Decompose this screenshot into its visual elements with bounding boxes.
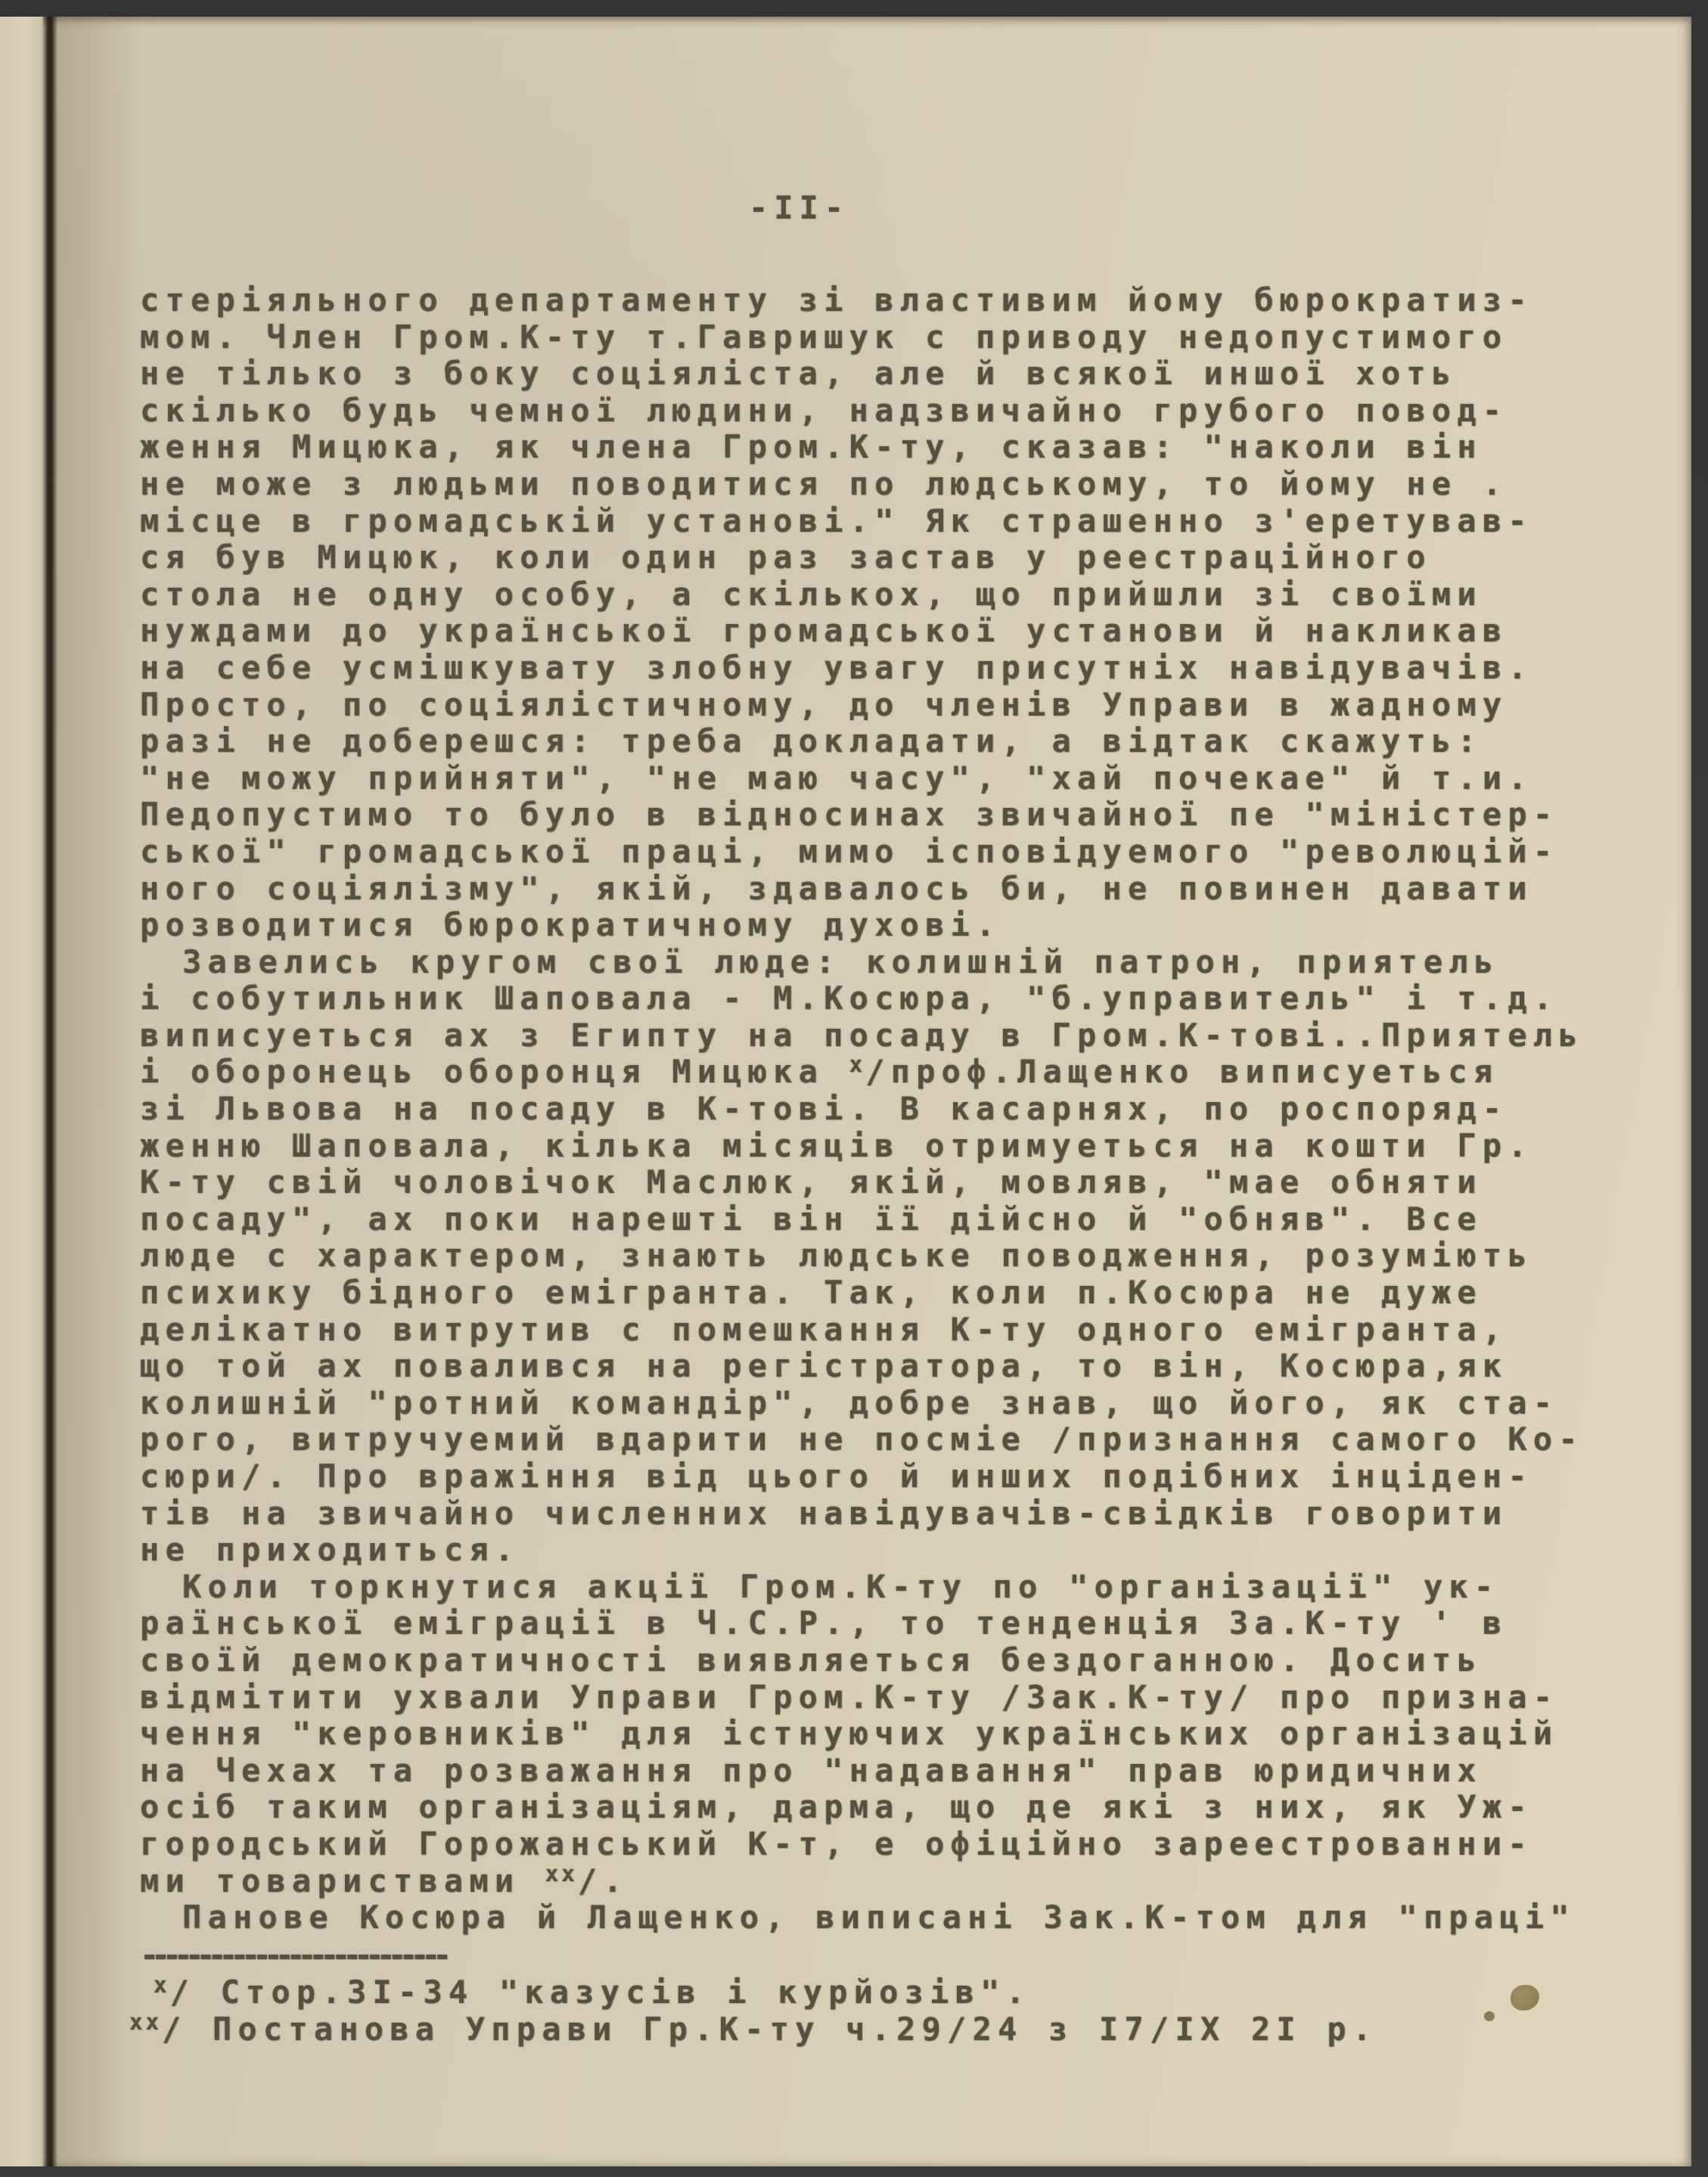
- text-line: разі не доберешся: треба докладати, а ві…: [140, 722, 1584, 759]
- text-segment: ся був Мицюк, коли один раз застав у рее…: [140, 539, 1432, 576]
- text-line: Просто, по соціялістичному, до членів Уп…: [140, 686, 1584, 723]
- footnote-marker: хх: [545, 1861, 578, 1887]
- text-line: мом. Член Гром.К-ту т.Гавришук с приводу…: [140, 318, 1584, 356]
- text-segment: психику бідного емігранта. Так, коли п.К…: [140, 1274, 1483, 1311]
- text-segment: осіб таким організаціям, дарма, що де як…: [140, 1788, 1533, 1825]
- text-line: стола не одну особу, а скількох, що прий…: [140, 576, 1584, 613]
- text-segment: /.: [578, 1862, 629, 1899]
- text-line: ської" громадської праці, мимо ісповідуе…: [140, 833, 1584, 870]
- body-text: стеріяльного департаменту зі властивим й…: [140, 281, 1584, 2048]
- footnote-marker: х: [849, 1051, 865, 1077]
- text-line: стеріяльного департаменту зі властивим й…: [140, 281, 1584, 318]
- text-segment: Панове Косюра й Лащенко, виписані Зак.К-…: [182, 1899, 1576, 1936]
- text-segment: Просто, по соціялістичному, до членів Уп…: [140, 686, 1508, 723]
- text-segment: виписуеться ах з Египту на посаду в Гром…: [140, 1017, 1584, 1054]
- footnote-separator: ---------------------------: [140, 1936, 1584, 1974]
- text-line: рого, витручуемий вдарити не посміе /при…: [140, 1421, 1584, 1458]
- text-line: відмітити ухвали Управи Гром.К-ту /Зак.К…: [140, 1679, 1584, 1716]
- text-segment: розводитися бюрократичному духові.: [140, 906, 1002, 943]
- text-segment: не може з людьми поводитися по людському…: [140, 465, 1508, 502]
- text-segment: ської" громадської праці, мимо ісповідуе…: [140, 833, 1558, 870]
- text-line: делікатно витрутив с помешкання К-ту одн…: [140, 1311, 1584, 1348]
- text-line: на Чехах та розважання про "надавання" п…: [140, 1752, 1584, 1789]
- text-segment: скілько будь чемної людини, надзвичайно …: [140, 392, 1508, 429]
- text-segment: тів на звичайно численних навідувачів-св…: [140, 1495, 1508, 1532]
- text-segment: городський Горожанський К-т, е офіційно …: [140, 1825, 1533, 1862]
- text-line: не приходиться.: [140, 1531, 1584, 1568]
- text-segment: колишній "ротний командір", добре знав, …: [140, 1384, 1558, 1421]
- text-line: колишній "ротний командір", добре знав, …: [140, 1384, 1584, 1421]
- text-line: осіб таким організаціям, дарма, що де як…: [140, 1788, 1584, 1825]
- text-segment: ного соціялізму", якій, здавалось би, не…: [140, 870, 1533, 907]
- text-line: нуждами до української громадської устан…: [140, 612, 1584, 649]
- text-line: ного соціялізму", якій, здавалось би, не…: [140, 870, 1584, 907]
- text-segment: "не можу прийняти", "не маю часу", "хай …: [140, 759, 1533, 797]
- text-line: Завелись кругом свої люде: колишній патр…: [140, 943, 1584, 980]
- text-segment: зі Львова на посаду в К-тові. В касарнях…: [140, 1090, 1508, 1127]
- text-line: ми товариствами хх/.: [140, 1862, 1584, 1899]
- text-line: і собутильник Шаповала - М.Косюра, "б.уп…: [140, 980, 1584, 1017]
- text-segment: /проф.Лащенко виписуеться: [865, 1053, 1498, 1090]
- text-line: не тілько з боку соціяліста, але й всяко…: [140, 355, 1584, 392]
- book-edge: [0, 17, 43, 2166]
- text-line: раїнської еміграції в Ч.С.Р., то тенденц…: [140, 1604, 1584, 1641]
- text-line: тів на звичайно численних навідувачів-св…: [140, 1495, 1584, 1532]
- text-line: Панове Косюра й Лащенко, виписані Зак.К-…: [140, 1899, 1584, 1936]
- text-segment: і собутильник Шаповала - М.Косюра, "б.уп…: [140, 980, 1558, 1017]
- text-line: місце в громадській установі." Як страше…: [140, 502, 1584, 539]
- paper-stain-small: [1484, 2011, 1495, 2021]
- text-line: сюри/. Про вражіння від цього й инших по…: [140, 1458, 1584, 1495]
- text-line: К-ту свій чоловічок Маслюк, якій, мовляв…: [140, 1163, 1584, 1200]
- text-segment: мом. Член Гром.К-ту т.Гавришук с приводу…: [140, 318, 1508, 356]
- text-line: чення "керовників" для істнуючих українс…: [140, 1715, 1584, 1752]
- text-line: психику бідного емігранта. Так, коли п.К…: [140, 1274, 1584, 1311]
- text-segment: на Чехах та розважання про "надавання" п…: [140, 1752, 1483, 1789]
- text-line: Коли торкнутися акції Гром.К-ту по "орга…: [140, 1568, 1584, 1605]
- text-segment: на себе усмішкувату злобну увагу присутн…: [140, 649, 1533, 686]
- text-segment: разі не доберешся: треба докладати, а ві…: [140, 722, 1483, 759]
- text-line: "не можу прийняти", "не маю часу", "хай …: [140, 759, 1584, 797]
- text-segment: не приходиться.: [140, 1531, 520, 1568]
- text-segment: женню Шаповала, кілька місяців отримуеть…: [140, 1127, 1533, 1164]
- text-line: на себе усмішкувату злобну увагу присутн…: [140, 649, 1584, 686]
- text-line: ження Мицюка, як члена Гром.К-ту, сказав…: [140, 428, 1584, 465]
- text-segment: делікатно витрутив с помешкання К-ту одн…: [140, 1311, 1508, 1348]
- text-segment: сюри/. Про вражіння від цього й инших по…: [140, 1458, 1533, 1495]
- text-segment: що той ах повалився на регістратора, то …: [140, 1347, 1508, 1384]
- text-line: і оборонець оборонця Мицюка х/проф.Лащен…: [140, 1053, 1584, 1090]
- text-segment: стеріяльного департаменту зі властивим й…: [140, 281, 1533, 318]
- text-segment: Педопустимо то було в відносинах звичайн…: [140, 796, 1558, 833]
- text-line: городський Горожанський К-т, е офіційно …: [140, 1825, 1584, 1862]
- text-segment: місце в громадській установі." Як страше…: [140, 502, 1533, 539]
- text-segment: і оборонець оборонця Мицюка: [140, 1053, 849, 1090]
- text-segment: своїй демократичності виявляеться бездог…: [140, 1641, 1483, 1679]
- page-fold-shadow: [42, 17, 60, 2166]
- text-line: Педопустимо то було в відносинах звичайн…: [140, 796, 1584, 833]
- text-segment: нуждами до української громадської устан…: [140, 612, 1508, 649]
- footnote-line: хх/ Постанова Управи Гр.К-ту ч.29/24 з І…: [129, 2011, 1584, 2048]
- text-segment: стола не одну особу, а скількох, що прий…: [140, 576, 1483, 613]
- text-segment: посаду", ах поки нарешті він її дійсно й…: [140, 1200, 1483, 1238]
- text-segment: ження Мицюка, як члена Гром.К-ту, сказав…: [140, 428, 1483, 465]
- text-segment: К-ту свій чоловічок Маслюк, якій, мовляв…: [140, 1163, 1483, 1200]
- footnote-marker: х: [154, 1972, 169, 1998]
- text-segment: / Постанова Управи Гр.К-ту ч.29/24 з І7/…: [162, 2011, 1377, 2048]
- text-line: женню Шаповала, кілька місяців отримуеть…: [140, 1127, 1584, 1164]
- text-line: розводитися бюрократичному духові.: [140, 906, 1584, 943]
- text-line: люде с характером, знають людське поводж…: [140, 1237, 1584, 1274]
- text-line: що той ах повалився на регістратора, то …: [140, 1347, 1584, 1384]
- text-segment: люде с характером, знають людське поводж…: [140, 1237, 1533, 1274]
- text-segment: рого, витручуемий вдарити не посміе /при…: [140, 1421, 1584, 1458]
- text-segment: відмітити ухвали Управи Гром.К-ту /Зак.К…: [140, 1679, 1558, 1716]
- text-line: посаду", ах поки нарешті він її дійсно й…: [140, 1200, 1584, 1238]
- page-number: -ІІ-: [749, 189, 849, 226]
- text-segment: ми товариствами: [140, 1862, 545, 1899]
- text-line: зі Львова на посаду в К-тові. В касарнях…: [140, 1090, 1584, 1127]
- text-segment: раїнської еміграції в Ч.С.Р., то тенденц…: [140, 1604, 1508, 1641]
- text-line: не може з людьми поводитися по людському…: [140, 465, 1584, 502]
- text-segment: не тілько з боку соціяліста, але й всяко…: [140, 355, 1457, 392]
- text-segment: чення "керовників" для істнуючих українс…: [140, 1715, 1558, 1752]
- text-segment: Коли торкнутися акції Гром.К-ту по "орга…: [182, 1568, 1499, 1605]
- page-gutter-shade: [59, 17, 142, 2166]
- text-line: виписуеться ах з Египту на посаду в Гром…: [140, 1017, 1584, 1054]
- text-line: ся був Мицюк, коли один раз застав у рее…: [140, 539, 1584, 576]
- text-line: своїй демократичності виявляеться бездог…: [140, 1641, 1584, 1679]
- footnote-marker: хх: [129, 2009, 162, 2035]
- text-line: скілько будь чемної людини, надзвичайно …: [140, 392, 1584, 429]
- text-segment: Завелись кругом свої люде: колишній патр…: [182, 943, 1499, 980]
- text-segment: / Стор.ЗІ-34 "казусів і курйозів".: [169, 1974, 1031, 2011]
- footnote-line: х/ Стор.ЗІ-34 "казусів і курйозів".: [154, 1974, 1584, 2011]
